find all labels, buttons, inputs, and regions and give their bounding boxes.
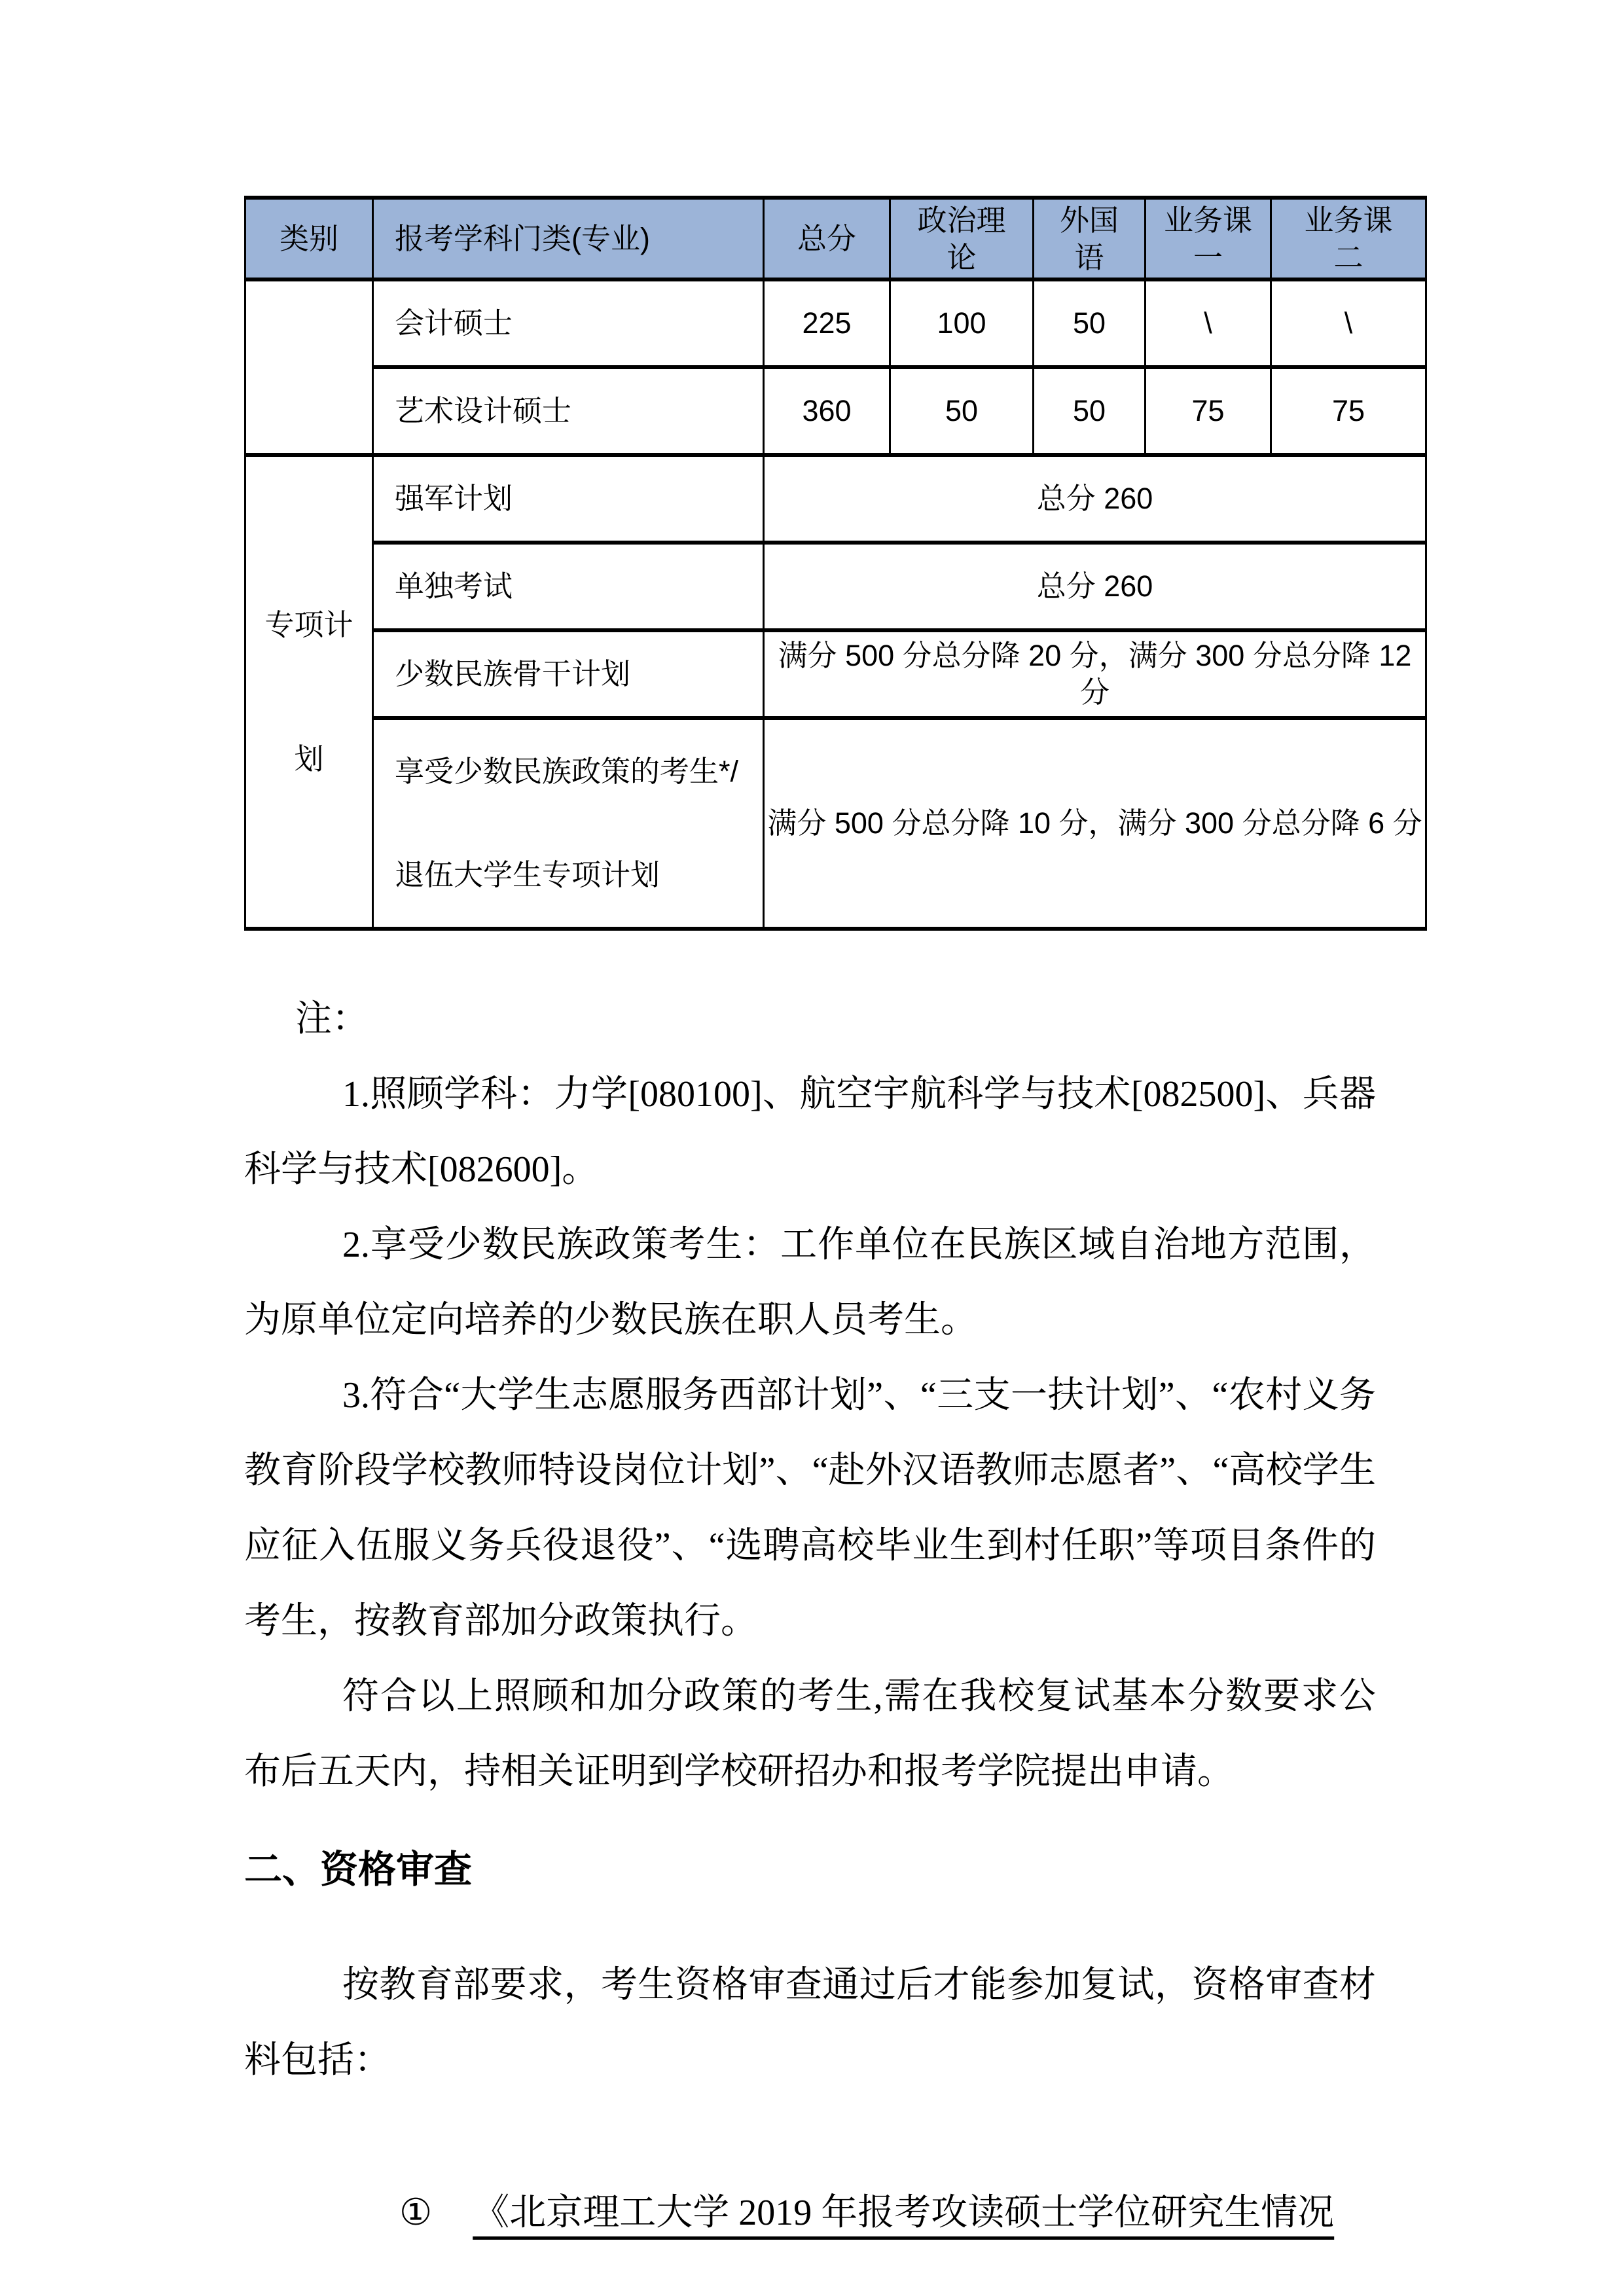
header-total-score: 总分 <box>764 198 890 279</box>
requirement-cell: 满分 500 分总分降 20 分，满分 300 分总分降 12 分 <box>764 630 1426 718</box>
section-heading-qualification-review: 二、资格审查 <box>244 1832 1376 1907</box>
table-row: 会计硕士 225 100 50 \ \ <box>245 279 1426 367</box>
notes-section: 注： 1.照顾学科：力学[080100]、航空宇航科学与技术[082500]、兵… <box>244 982 1376 2251</box>
course2-cell: 75 <box>1271 367 1426 455</box>
program-cell: 艺术设计硕士 <box>373 367 764 455</box>
total-cell: 225 <box>764 279 890 367</box>
header-course-one: 业务课 一 <box>1146 198 1271 279</box>
foreign-cell: 50 <box>1034 279 1146 367</box>
course1-cell: 75 <box>1146 367 1271 455</box>
header-discipline: 报考学科门类(专业) <box>373 198 764 279</box>
total-cell: 360 <box>764 367 890 455</box>
program-cell: 享受少数民族政策的考生*/ 退伍大学生专项计划 <box>373 718 764 929</box>
admission-score-table: 类别 报考学科门类(专业) 总分 政治理 论 外国 语 业务课 一 业务课 二 … <box>244 196 1427 931</box>
list-item-1-text: 《北京理工大学 2019 年报考攻读硕士学位研究生情况 <box>473 2193 1334 2233</box>
header-category: 类别 <box>245 198 373 279</box>
note-item-3: 3.符合“大学生志愿服务西部计划”、“三支一扶计划”、“农村义务教育阶段学校教师… <box>244 1358 1376 1659</box>
politics-cell: 100 <box>890 279 1034 367</box>
program-cell: 会计硕士 <box>373 279 764 367</box>
politics-cell: 50 <box>890 367 1034 455</box>
note-item-1: 1.照顾学科：力学[080100]、航空宇航科学与技术[082500]、兵器科学… <box>244 1057 1376 1208</box>
document-page: 类别 报考学科门类(专业) 总分 政治理 论 外国 语 业务课 一 业务课 二 … <box>0 0 1624 2296</box>
header-foreign-language: 外国 语 <box>1034 198 1146 279</box>
course2-cell: \ <box>1271 279 1426 367</box>
notes-label: 注： <box>244 982 1376 1057</box>
requirement-cell: 总分 260 <box>764 455 1426 543</box>
note-item-2: 2.享受少数民族政策考生：工作单位在民族区域自治地方范围，为原单位定向培养的少数… <box>244 1208 1376 1358</box>
header-politics: 政治理 论 <box>890 198 1034 279</box>
program-cell: 强军计划 <box>373 455 764 543</box>
table-row: 少数民族骨干计划 满分 500 分总分降 20 分，满分 300 分总分降 12… <box>245 630 1426 718</box>
table-row: 专项计 划 强军计划 总分 260 <box>245 455 1426 543</box>
note-item-4: 符合以上照顾和加分政策的考生,需在我校复试基本分数要求公布后五天内，持相关证明到… <box>244 1659 1376 1810</box>
table-row: 单独考试 总分 260 <box>245 543 1426 630</box>
list-item-1: ①《北京理工大学 2019 年报考攻读硕士学位研究生情况 <box>244 2176 1376 2251</box>
section-intro: 按教育部要求，考生资格审查通过后才能参加复试，资格审查材料包括： <box>244 1948 1376 2098</box>
category-cell-special-plan: 专项计 划 <box>245 455 373 929</box>
page-content: 类别 报考学科门类(专业) 总分 政治理 论 外国 语 业务课 一 业务课 二 … <box>0 0 1624 2251</box>
table-row: 享受少数民族政策的考生*/ 退伍大学生专项计划 满分 500 分总分降 10 分… <box>245 718 1426 929</box>
table-row: 艺术设计硕士 360 50 50 75 75 <box>245 367 1426 455</box>
requirement-cell: 总分 260 <box>764 543 1426 630</box>
circled-one-marker: ① <box>399 2176 432 2251</box>
program-cell: 少数民族骨干计划 <box>373 630 764 718</box>
requirement-cell: 满分 500 分总分降 10 分，满分 300 分总分降 6 分 <box>764 718 1426 929</box>
program-cell: 单独考试 <box>373 543 764 630</box>
foreign-cell: 50 <box>1034 367 1146 455</box>
course1-cell: \ <box>1146 279 1271 367</box>
header-course-two: 业务课 二 <box>1271 198 1426 279</box>
category-cell-empty <box>245 279 373 455</box>
table-header-row: 类别 报考学科门类(专业) 总分 政治理 论 外国 语 业务课 一 业务课 二 <box>245 198 1426 279</box>
